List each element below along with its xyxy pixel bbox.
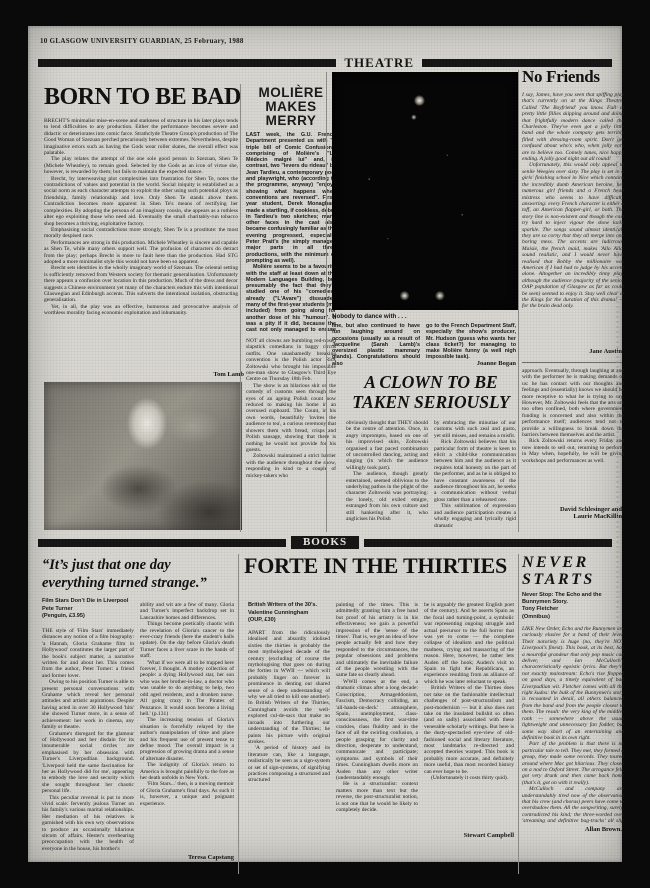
paragraph: The indignity of Gloria's return to Amer… <box>140 762 234 781</box>
band-rule-right <box>422 59 612 67</box>
paragraph: Rick Zoltowski returns every Friday and … <box>522 438 624 464</box>
paragraph: The show is an hilarious skit on the com… <box>246 383 336 453</box>
paragraph: McCulloch and company are understandably… <box>522 786 624 824</box>
paragraph: Owing to his position Turner is able to … <box>42 679 134 730</box>
paragraph: Brecht sets identities in the wholly ima… <box>44 265 238 303</box>
paragraph: Yet, in all, the play was an effective, … <box>44 304 238 317</box>
clown-col3: approach. Eventually, through laughing a… <box>522 368 624 502</box>
paragraph: painting of the times. This is admittedl… <box>336 602 418 679</box>
forte-col1: APART from the ridiculously idealised an… <box>248 630 330 862</box>
books-section-label: BOOKS <box>291 536 359 549</box>
paragraph: I say, James, have you seen that spiffin… <box>522 92 624 162</box>
paragraph: Part of the problem is that there is no … <box>522 741 624 786</box>
dance-photo <box>332 72 518 310</box>
column-rule <box>240 84 241 532</box>
paragraph: The increasing tension of Gloria's situa… <box>140 717 234 762</box>
paragraph: approach. Eventually, through laughing a… <box>522 368 624 438</box>
book-publisher: (OUP, £30) <box>248 617 330 624</box>
moliere-cont-col2: go to the French Department Staff, espec… <box>426 323 516 359</box>
band-rule-left <box>38 59 336 67</box>
strange-byline: Teresa Capstang <box>140 854 234 861</box>
book-title: Never Stop: The Echo and the Bunnymen St… <box>522 592 622 605</box>
paragraph: BRECHT'S minimalist mise-en-scene and st… <box>44 118 238 156</box>
paragraph: He is a structuralist: context matters m… <box>336 781 418 813</box>
dance-photo-caption: Nobody to dance with . . . <box>332 313 518 320</box>
strange-col1: THE style of 'Film Stars' immediately di… <box>42 628 134 862</box>
paragraph: Unfortunately, this would only appeal to… <box>522 162 624 309</box>
clown-lead-column: NOT all clowns are bumbling red-nosed sl… <box>246 338 336 532</box>
column-rule <box>518 70 519 532</box>
scanned-newspaper-page: 10 GLASGOW UNIVERSITY GUARDIAN, 25 Febru… <box>0 0 650 888</box>
paragraph: THE style of 'Film Stars' immediately di… <box>42 628 134 679</box>
never-headline: NEVER STARTS <box>522 554 628 588</box>
column-rule <box>326 72 327 532</box>
clown-byline: David Schlesinger and Laurie MacKillin <box>522 506 622 520</box>
forte-byline: Stewart Campbell <box>424 832 514 839</box>
band-rule-left <box>38 539 286 547</box>
book-publisher: (Penguin, £3.95) <box>42 613 134 620</box>
book-title: Film Stars Don’t Die in Liverpool <box>42 598 134 605</box>
book-title: British Writers of the 30’s. <box>248 602 330 609</box>
paragraph: LIKE New Order, Echo and the Bunnymen ar… <box>522 626 624 741</box>
paragraph: British Writers of the Thirties does not… <box>424 685 514 775</box>
books-section-band: BOOKS <box>38 536 612 549</box>
strange-col2: ability and wit are a few of many. Glori… <box>140 602 234 852</box>
paragraph: The play relates the attempt of the one … <box>44 156 238 175</box>
born-byline: Tom Lamb <box>44 371 244 378</box>
paragraph: (Unfortunately it costs thirty quid). <box>424 775 514 781</box>
paragraph: 'Film Stars...' then, is a moving memoir… <box>140 781 234 807</box>
paragraph: This peculiar reversal is put to more vi… <box>42 795 134 853</box>
nofriends-byline: Jane Austin <box>522 348 622 355</box>
paragraph: Brecht, by interweaving plot complexitie… <box>44 176 238 227</box>
clown-headline: A CLOWN TO BE TAKEN SERIOUSLY <box>342 372 520 412</box>
paragraph: ability and wit are a few of many. Glori… <box>140 602 234 621</box>
paragraph: Rick Zoltowski believes that his particu… <box>434 439 516 503</box>
paragraph: 'What if we were all to be trapped here … <box>140 660 234 718</box>
paragraph: by embracing the minutiae of our customs… <box>434 420 516 439</box>
born-production-photo <box>44 382 242 530</box>
theatre-section-label: THEATRE <box>341 56 417 69</box>
paragraph: he is arguably the greatest English poet… <box>424 602 514 685</box>
never-body: LIKE New Order, Echo and the Bunnymen ar… <box>522 626 624 824</box>
strange-book-info: Film Stars Don’t Die in Liverpool Pete T… <box>42 598 134 621</box>
paragraph: APART from the ridiculously idealised an… <box>248 630 330 745</box>
nofriends-body: I say, James, have you seen that spiffin… <box>522 92 624 346</box>
band-rule-right <box>364 539 612 547</box>
newspaper-sheet: 10 GLASGOW UNIVERSITY GUARDIAN, 25 Febru… <box>28 26 622 862</box>
paragraph: obviously thought that THEY should be th… <box>346 420 428 471</box>
forte-col3: he is arguably the greatest English poet… <box>424 602 514 830</box>
paragraph: Emphasising social contradictions more s… <box>44 227 238 240</box>
section-rule <box>522 362 622 363</box>
paragraph: This sublimation of expression and audie… <box>434 503 516 529</box>
scan-artifact <box>616 96 619 636</box>
born-headline: BORN TO BE BAD <box>44 84 242 110</box>
born-body: BRECHT'S minimalist mise-en-scene and st… <box>44 118 238 368</box>
paragraph: Grahame's disregard for the glamour of H… <box>42 731 134 795</box>
paragraph: LAST week, the G.U. French Department pr… <box>246 132 336 264</box>
paragraph: go to the French Department Staff, espec… <box>426 323 516 359</box>
forte-headline: FORTE IN THE THIRTIES <box>244 554 516 578</box>
paragraph: NOT all clowns are bumbling red-nosed sl… <box>246 338 336 383</box>
never-book-info: Never Stop: The Echo and the Bunnymen St… <box>522 592 622 621</box>
paragraph: Molière seems to be a favourite with the… <box>246 264 336 332</box>
clown-col1: obviously thought that THEY should be th… <box>346 420 428 530</box>
nofriends-headline: No Friends <box>522 68 626 86</box>
moliere-cont-col1: line, but also continued to have fun lau… <box>332 323 420 369</box>
moliere-byline: Joanne Bogan <box>426 360 516 367</box>
paragraph: The audience, though greatly entertained… <box>346 471 428 522</box>
strange-headline: “It’s just that one day everything turne… <box>42 556 246 592</box>
book-publisher: (Omnibus) <box>522 614 622 621</box>
column-rule <box>518 554 519 874</box>
paragraph: WWII comes at the end, a dramatic climax… <box>336 679 418 782</box>
column-rule <box>238 554 239 874</box>
forte-book-info: British Writers of the 30’s. Valentine C… <box>248 602 330 625</box>
paragraph: Performances are strong in this producti… <box>44 240 238 266</box>
paragraph: Things become poetically chaotic with th… <box>140 621 234 659</box>
book-author: Pete Turner <box>42 606 134 613</box>
masthead: 10 GLASGOW UNIVERSITY GUARDIAN, 25 Febru… <box>40 37 244 45</box>
clown-col2: by embracing the minutiae of our customs… <box>434 420 516 530</box>
paragraph: Zoltowski maintained a strict barrier wi… <box>246 453 336 479</box>
book-author: Tony Fletcher <box>522 606 622 613</box>
moliere-body: LAST week, the G.U. French Department pr… <box>246 132 336 332</box>
never-byline: Allan Brown. <box>522 826 622 833</box>
book-author: Valentine Cunningham <box>248 610 330 617</box>
forte-col2: painting of the times. This is admittedl… <box>336 602 418 862</box>
moliere-headline: MOLIÈRE MAKES MERRY <box>246 86 336 128</box>
paragraph: 'A period of history and its literature … <box>248 745 330 783</box>
paragraph: line, but also continued to have fun lau… <box>332 323 420 367</box>
